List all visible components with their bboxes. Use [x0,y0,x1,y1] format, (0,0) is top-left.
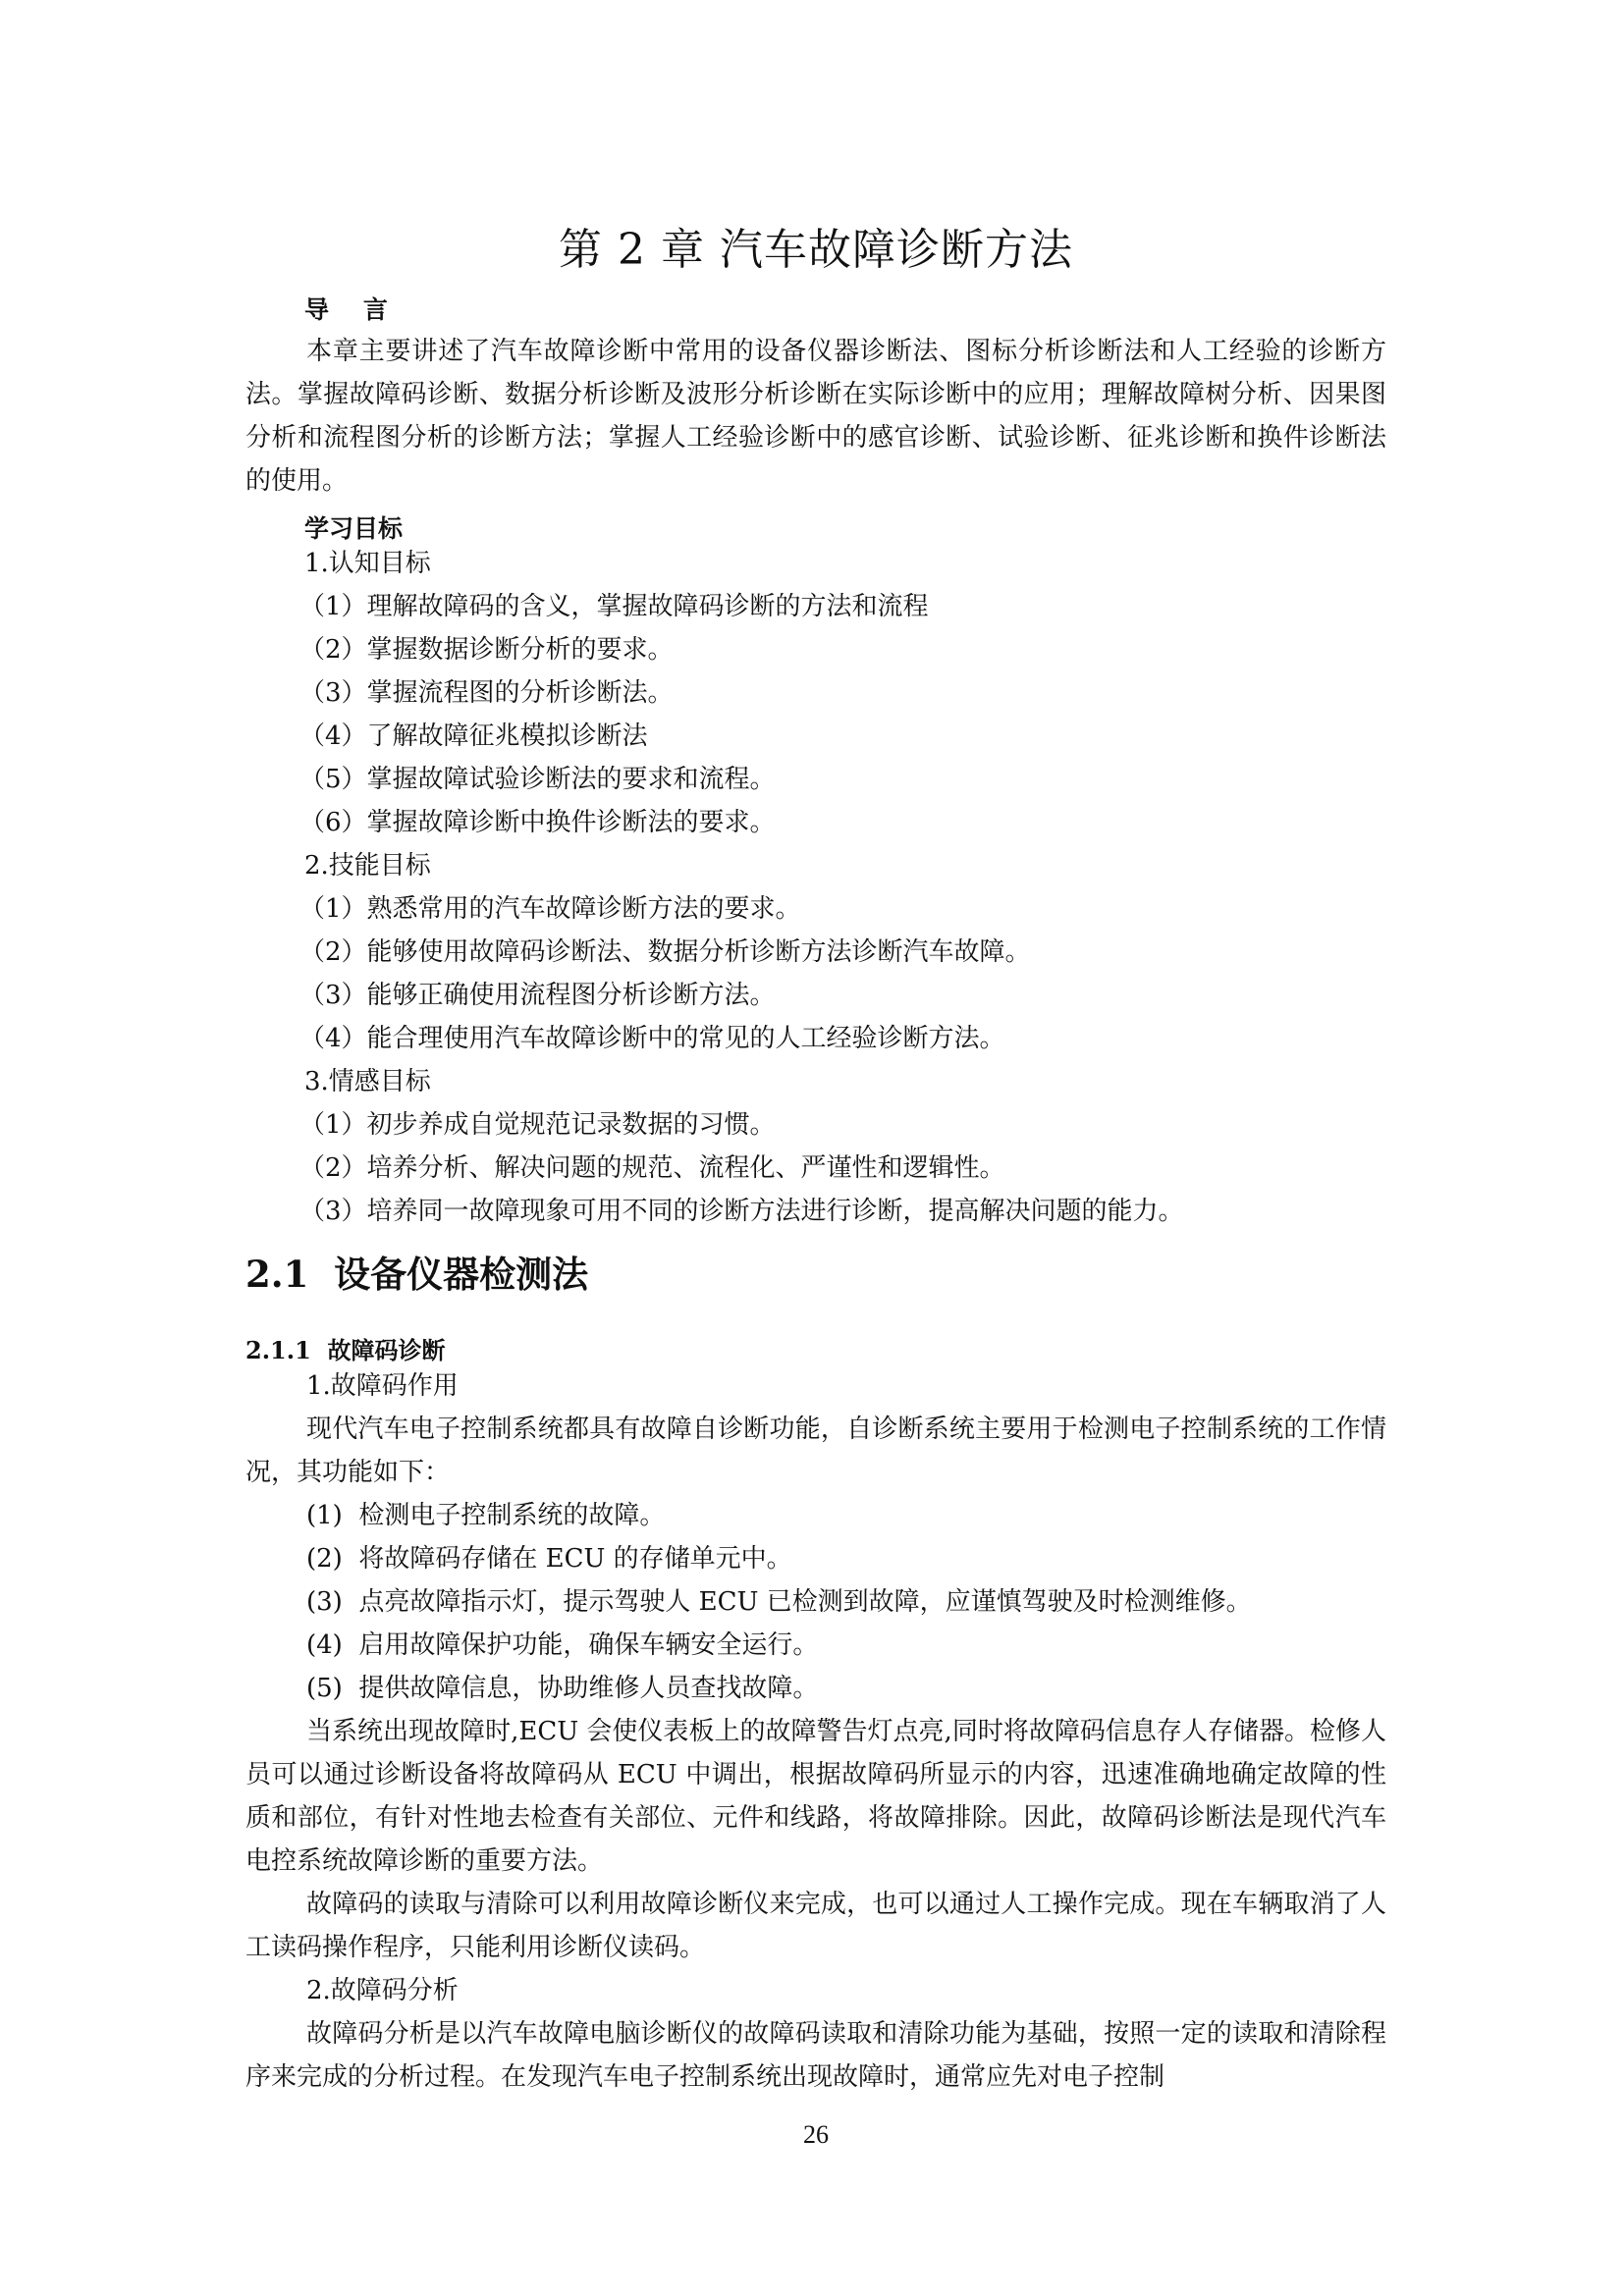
intro-paragraph: 本章主要讲述了汽车故障诊断中常用的设备仪器诊断法、图标分析诊断法和人工经验的诊断… [245,330,1386,503]
objective-group-title: 2.技能目标 [304,844,431,887]
body-paragraph: 现代汽车电子控制系统都具有故障自诊断功能，自诊断系统主要用于检测电子控制系统的工… [245,1408,1386,1494]
function-item: (3) 点亮故障指示灯，提示驾驶人 ECU 已检测到故障，应谨慎驾驶及时检测维修… [306,1580,1252,1624]
objective-group-title: 3.情感目标 [304,1060,431,1103]
function-item: (5) 提供故障信息，协助维修人员查找故障。 [306,1667,818,1710]
objectives-heading: 学习目标 [304,509,403,545]
part-title: 1.故障码作用 [306,1364,459,1408]
objective-item: （1）理解故障码的含义，掌握故障码诊断的方法和流程 [299,585,929,628]
chapter-title: 第 2 章 汽车故障诊断方法 [245,214,1386,277]
objective-item: （5）掌握故障试验诊断法的要求和流程。 [299,758,776,801]
objective-item: （2）培养分析、解决问题的规范、流程化、严谨性和逻辑性。 [299,1147,1005,1190]
objective-item: （3）能够正确使用流程图分析诊断方法。 [299,974,776,1017]
subsection-heading: 2.1.1 故障码诊断 [245,1331,446,1365]
body-paragraph: 故障码的读取与清除可以利用故障诊断仪来完成，也可以通过人工操作完成。现在车辆取消… [245,1883,1386,1969]
objective-item: （2）能够使用故障码诊断法、数据分析诊断方法诊断汽车故障。 [299,931,1031,974]
objective-item: （3）培养同一故障现象可用不同的诊断方法进行诊断，提高解决问题的能力。 [299,1190,1184,1233]
function-item: (1) 检测电子控制系统的故障。 [306,1494,665,1537]
section-heading: 2.1 设备仪器检测法 [245,1245,588,1298]
function-item: (4) 启用故障保护功能，确保车辆安全运行。 [306,1624,818,1667]
body-paragraph: 故障码分析是以汽车故障电脑诊断仪的故障码读取和清除功能为基础，按照一定的读取和清… [245,2012,1386,2099]
objective-item: （2）掌握数据诊断分析的要求。 [299,628,674,671]
page-number: 26 [245,2120,1386,2150]
objective-group-title: 1.认知目标 [304,542,431,585]
body-paragraph: 当系统出现故障时,ECU 会使仪表板上的故障警告灯点亮,同时将故障码信息存人存储… [245,1710,1386,1883]
intro-heading: 导 言 [304,291,388,326]
objective-item: （6）掌握故障诊断中换件诊断法的要求。 [299,801,776,844]
objective-item: （1）熟悉常用的汽车故障诊断方法的要求。 [299,887,801,931]
function-item: (2) 将故障码存储在 ECU 的存储单元中。 [306,1537,792,1580]
objective-item: （1）初步养成自觉规范记录数据的习惯。 [299,1103,776,1147]
objective-item: （3）掌握流程图的分析诊断法。 [299,671,674,715]
objective-item: （4）了解故障征兆模拟诊断法 [299,715,648,758]
part-title: 2.故障码分析 [306,1969,459,2012]
objective-item: （4）能合理使用汽车故障诊断中的常见的人工经验诊断方法。 [299,1017,1005,1060]
